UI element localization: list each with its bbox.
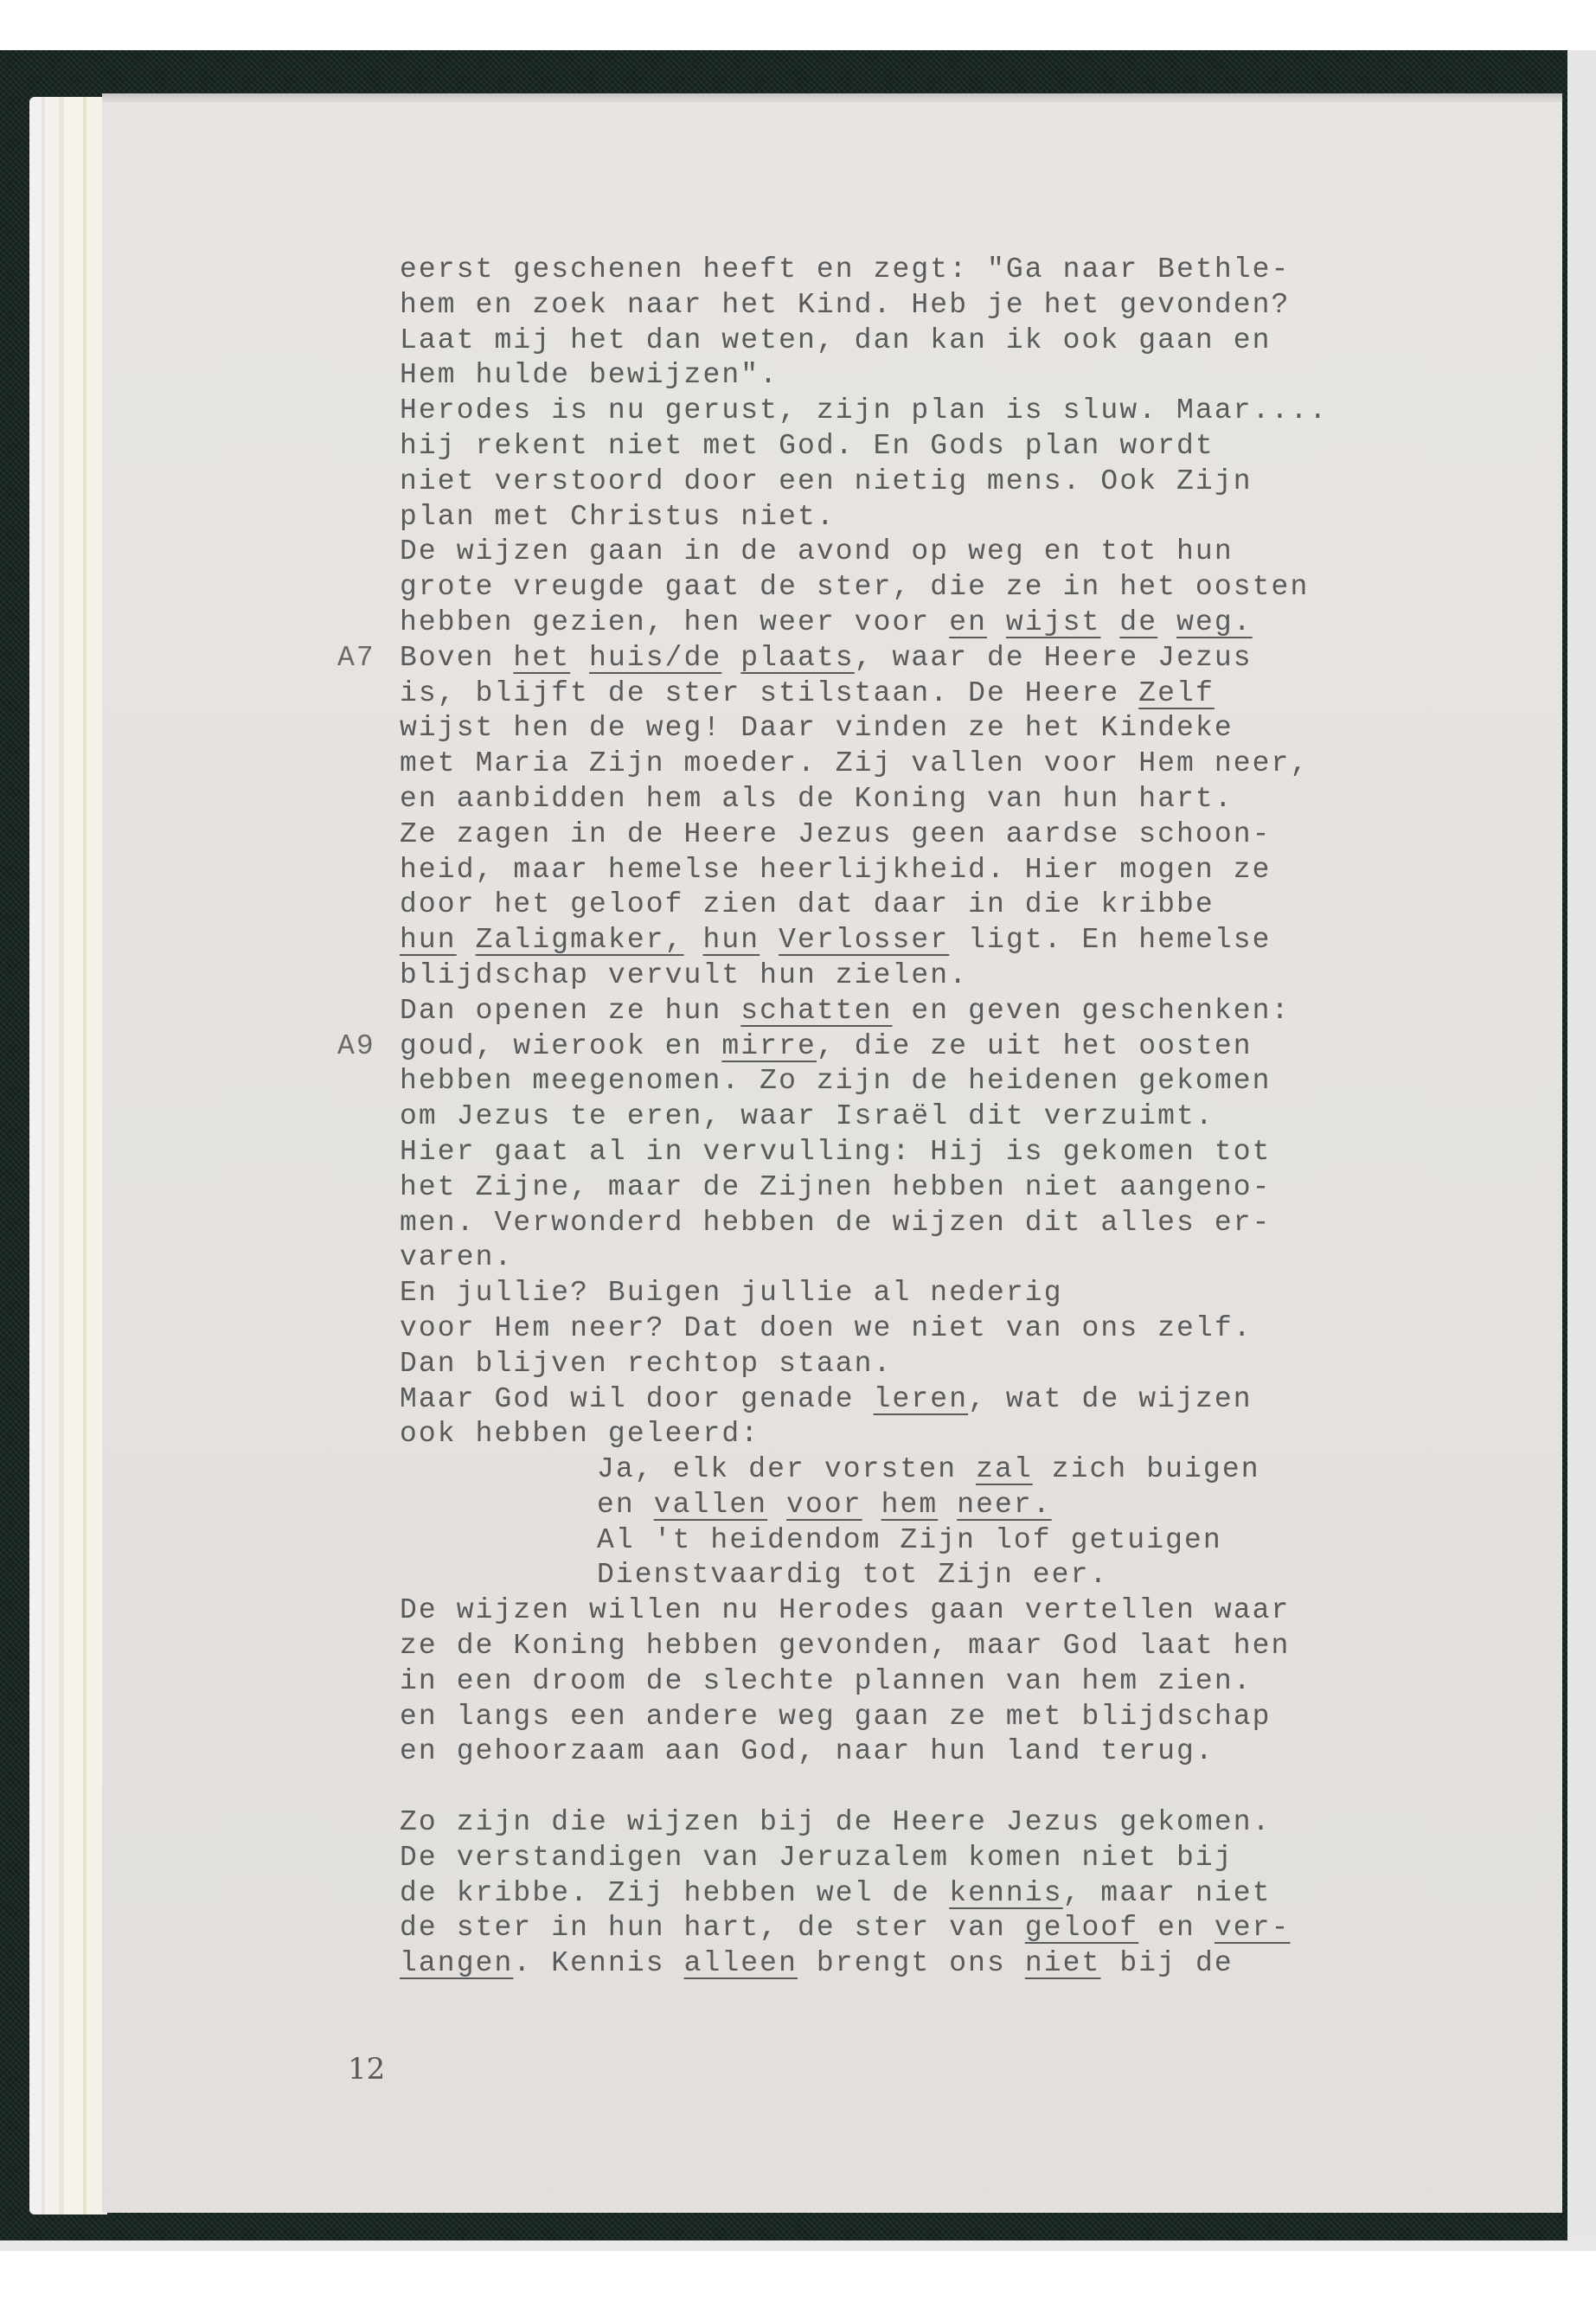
text-segment: men. Verwonderd hebben de wijzen dit all… [400,1207,1272,1239]
text-segment: ook hebben geleerd: [400,1418,760,1450]
text-segment: en geven geschenken: [893,995,1291,1027]
text-segment: , die ze uit het oosten [817,1030,1253,1062]
text-segment: Hier gaat al in vervulling: Hij is gekom… [400,1136,1272,1168]
text-line: Laat mij het dan weten, dan kan ik ook g… [400,324,1328,359]
underlined-text: geloof [1025,1912,1138,1944]
text-line: hij rekent niet met God. En Gods plan wo… [400,429,1328,465]
underlined-text: ver- [1215,1912,1291,1944]
text-segment: niet verstoord door een nietig mens. Ook… [400,465,1253,497]
text-segment: Laat mij het dan weten, dan kan ik ook g… [400,324,1272,356]
text-segment: De wijzen gaan in de avond op weg en tot… [400,535,1234,567]
text-segment: in een droom de slechte plannen van hem … [400,1665,1253,1697]
text-segment: varen. [400,1241,513,1273]
text-segment: om Jezus te eren, waar Israël dit verzui… [400,1100,1215,1132]
text-line: A7Boven het huis/de plaats, waar de Heer… [400,641,1328,676]
text-line: de ster in hun hart, de ster van geloof … [400,1911,1328,1946]
text-segment: Dan blijven rechtop staan. [400,1348,892,1380]
text-line: hebben meegenomen. Zo zijn de heidenen g… [400,1064,1328,1099]
underlined-text: de [1119,606,1157,638]
underlined-text: plaats [740,642,854,674]
underlined-text: Zelf [1138,677,1215,709]
text-segment [570,642,589,674]
text-line: hebben gezien, hen weer voor en wijst de… [400,606,1328,641]
text-line: ook hebben geleerd: [400,1417,1328,1452]
text-line: En jullie? Buigen jullie al nederig [400,1276,1328,1311]
text-line: Al 't heidendom Zijn lof getuigen [400,1523,1328,1559]
blank-line [400,1770,1328,1805]
text-segment: Boven [400,642,513,674]
underlined-text: en [949,606,987,638]
background-top [0,0,1596,50]
text-segment: Ja, elk der vorsten [597,1453,976,1485]
text-line: plan met Christus niet. [400,500,1328,535]
text-segment: grote vreugde gaat de ster, die ze in he… [400,571,1309,603]
text-segment: hij rekent niet met God. En Gods plan wo… [400,430,1215,462]
underlined-text: alleen [684,1947,798,1979]
text-segment: het Zijne, maar de Zijnen hebben niet aa… [400,1171,1272,1203]
text-segment: Ze zagen in de Heere Jezus geen aardse s… [400,818,1272,850]
underlined-text: hun [702,924,760,956]
underlined-text: langen [400,1947,513,1979]
underlined-text: niet [1025,1947,1101,1979]
text-line: niet verstoord door een nietig mens. Ook… [400,465,1328,500]
underlined-text: neer. [957,1489,1052,1521]
text-segment: voor Hem neer? Dat doen we niet van ons … [400,1312,1253,1344]
text-segment: hem en zoek naar het Kind. Heb je het ge… [400,289,1290,321]
text-line: Dan blijven rechtop staan. [400,1347,1328,1382]
text-segment [938,1489,957,1521]
text-line: in een droom de slechte plannen van hem … [400,1664,1328,1700]
text-line: en gehoorzaam aan God, naar hun land ter… [400,1734,1328,1770]
underlined-text: wijst [1006,606,1101,638]
text-segment: Dan openen ze hun [400,995,740,1027]
text-segment: Dienstvaardig tot Zijn eer. [597,1559,1108,1591]
text-segment: bij de [1100,1947,1233,1979]
text-line: Dan openen ze hun schatten en geven gesc… [400,994,1328,1029]
text-segment [457,924,476,956]
text-segment: En jullie? Buigen jullie al nederig [400,1277,1063,1309]
text-line: met Maria Zijn moeder. Zij vallen voor H… [400,747,1328,782]
text-line: door het geloof zien dat daar in die kri… [400,888,1328,923]
text-segment [721,642,740,674]
text-line: men. Verwonderd hebben de wijzen dit all… [400,1206,1328,1241]
text-segment: wijst hen de weg! Daar vinden ze het Kin… [400,712,1234,744]
text-segment: plan met Christus niet. [400,501,836,533]
text-segment: hebben meegenomen. Zo zijn de heidenen g… [400,1065,1272,1097]
text-line: Ja, elk der vorsten zal zich buigen [400,1452,1328,1488]
text-segment: zich buigen [1033,1453,1260,1485]
text-segment: Hem hulde bewijzen". [400,359,779,391]
text-line: en vallen voor hem neer. [400,1488,1328,1523]
text-line: het Zijne, maar de Zijnen hebben niet aa… [400,1170,1328,1206]
text-segment: . Kennis [513,1947,683,1979]
page-number: 12 [348,2052,385,2086]
text-segment: door het geloof zien dat daar in die kri… [400,888,1215,920]
underlined-text: voor [786,1489,862,1521]
text-line: eerst geschenen heeft en zegt: "Ga naar … [400,253,1328,288]
text-line: Zo zijn die wijzen bij de Heere Jezus ge… [400,1805,1328,1841]
text-segment: ze de Koning hebben gevonden, maar God l… [400,1630,1290,1662]
text-segment: Herodes is nu gerust, zijn plan is sluw.… [400,394,1328,426]
text-line: De verstandigen van Jeruzalem komen niet… [400,1841,1328,1876]
text-line: Hem hulde bewijzen". [400,358,1328,394]
underlined-text: hem [881,1489,939,1521]
text-line: blijdschap vervult hun zielen. [400,958,1328,994]
text-line: heid, maar hemelse heerlijkheid. Hier mo… [400,853,1328,888]
text-segment [767,1489,786,1521]
page-body-text: eerst geschenen heeft en zegt: "Ga naar … [400,253,1328,1982]
text-segment: heid, maar hemelse heerlijkheid. Hier mo… [400,854,1272,886]
text-segment: blijdschap vervult hun zielen. [400,959,968,991]
page-edges [29,97,107,2214]
underlined-text: leren [874,1383,969,1415]
text-segment [684,924,703,956]
underlined-text: hun [400,924,457,956]
text-line: de kribbe. Zij hebben wel de kennis, maa… [400,1876,1328,1912]
text-segment: Zo zijn die wijzen bij de Heere Jezus ge… [400,1806,1272,1838]
text-line: en langs een andere weg gaan ze met blij… [400,1700,1328,1735]
underlined-text: kennis [949,1877,1062,1909]
text-line: Dienstvaardig tot Zijn eer. [400,1558,1328,1593]
text-segment: , waar de Heere Jezus [855,642,1253,674]
text-segment [1157,606,1176,638]
text-segment: met Maria Zijn moeder. Zij vallen voor H… [400,747,1309,779]
text-segment: ligt. En hemelse [949,924,1271,956]
text-segment: Maar God wil door genade [400,1383,874,1415]
text-segment: de kribbe. Zij hebben wel de [400,1877,949,1909]
underlined-text: Zaligmaker, [476,924,684,956]
text-line: varen. [400,1240,1328,1276]
text-line: Ze zagen in de Heere Jezus geen aardse s… [400,817,1328,853]
text-line: A9goud, wierook en mirre, die ze uit het… [400,1029,1328,1065]
text-segment [1100,606,1119,638]
margin-annotation: A7 [337,641,375,676]
text-segment [862,1489,881,1521]
text-segment [987,606,1006,638]
text-line: ze de Koning hebben gevonden, maar God l… [400,1629,1328,1664]
underlined-text: huis/de [589,642,721,674]
text-line: om Jezus te eren, waar Israël dit verzui… [400,1099,1328,1135]
text-line: en aanbidden hem als de Koning van hun h… [400,782,1328,817]
text-segment: eerst geschenen heeft en zegt: "Ga naar … [400,253,1290,285]
text-line: hem en zoek naar het Kind. Heb je het ge… [400,288,1328,324]
underlined-text: zal [976,1453,1033,1485]
text-segment: , wat de wijzen [968,1383,1253,1415]
text-segment: en [597,1489,654,1521]
text-segment: is, blijft de ster stilstaan. De Heere [400,677,1138,709]
text-segment: brengt ons [798,1947,1025,1979]
background-bottom [0,2251,1596,2301]
text-line: wijst hen de weg! Daar vinden ze het Kin… [400,711,1328,747]
background-right [1567,50,1596,2251]
underlined-text: weg. [1176,606,1253,638]
text-line: voor Hem neer? Dat doen we niet van ons … [400,1311,1328,1347]
text-segment: en aanbidden hem als de Koning van hun h… [400,783,1234,815]
text-line: is, blijft de ster stilstaan. De Heere Z… [400,676,1328,712]
text-line: Hier gaat al in vervulling: Hij is gekom… [400,1135,1328,1170]
text-segment: , maar niet [1063,1877,1272,1909]
text-segment: de ster in hun hart, de ster van [400,1912,1025,1944]
text-segment: en gehoorzaam aan God, naar hun land ter… [400,1735,1215,1767]
underlined-text: Verlosser [779,924,949,956]
text-segment: De verstandigen van Jeruzalem komen niet… [400,1842,1234,1874]
text-segment: De wijzen willen nu Herodes gaan vertell… [400,1594,1290,1626]
text-line: De wijzen willen nu Herodes gaan vertell… [400,1593,1328,1629]
text-segment: en [1138,1912,1215,1944]
margin-annotation: A9 [337,1029,375,1065]
text-line: langen. Kennis alleen brengt ons niet bi… [400,1946,1328,1982]
text-line: Maar God wil door genade leren, wat de w… [400,1382,1328,1418]
text-segment: Al 't heidendom Zijn lof getuigen [597,1524,1222,1556]
text-line: De wijzen gaan in de avond op weg en tot… [400,535,1328,570]
text-segment [760,924,779,956]
text-line: Herodes is nu gerust, zijn plan is sluw.… [400,394,1328,429]
underlined-text: mirre [721,1030,817,1062]
text-segment: goud, wierook en [400,1030,721,1062]
text-line: hun Zaligmaker, hun Verlosser ligt. En h… [400,923,1328,958]
text-segment: en langs een andere weg gaan ze met blij… [400,1701,1272,1733]
underlined-text: het [513,642,570,674]
text-segment: hebben gezien, hen weer voor [400,606,949,638]
underlined-text: schatten [740,995,892,1027]
text-line: grote vreugde gaat de ster, die ze in he… [400,570,1328,606]
underlined-text: vallen [654,1489,767,1521]
